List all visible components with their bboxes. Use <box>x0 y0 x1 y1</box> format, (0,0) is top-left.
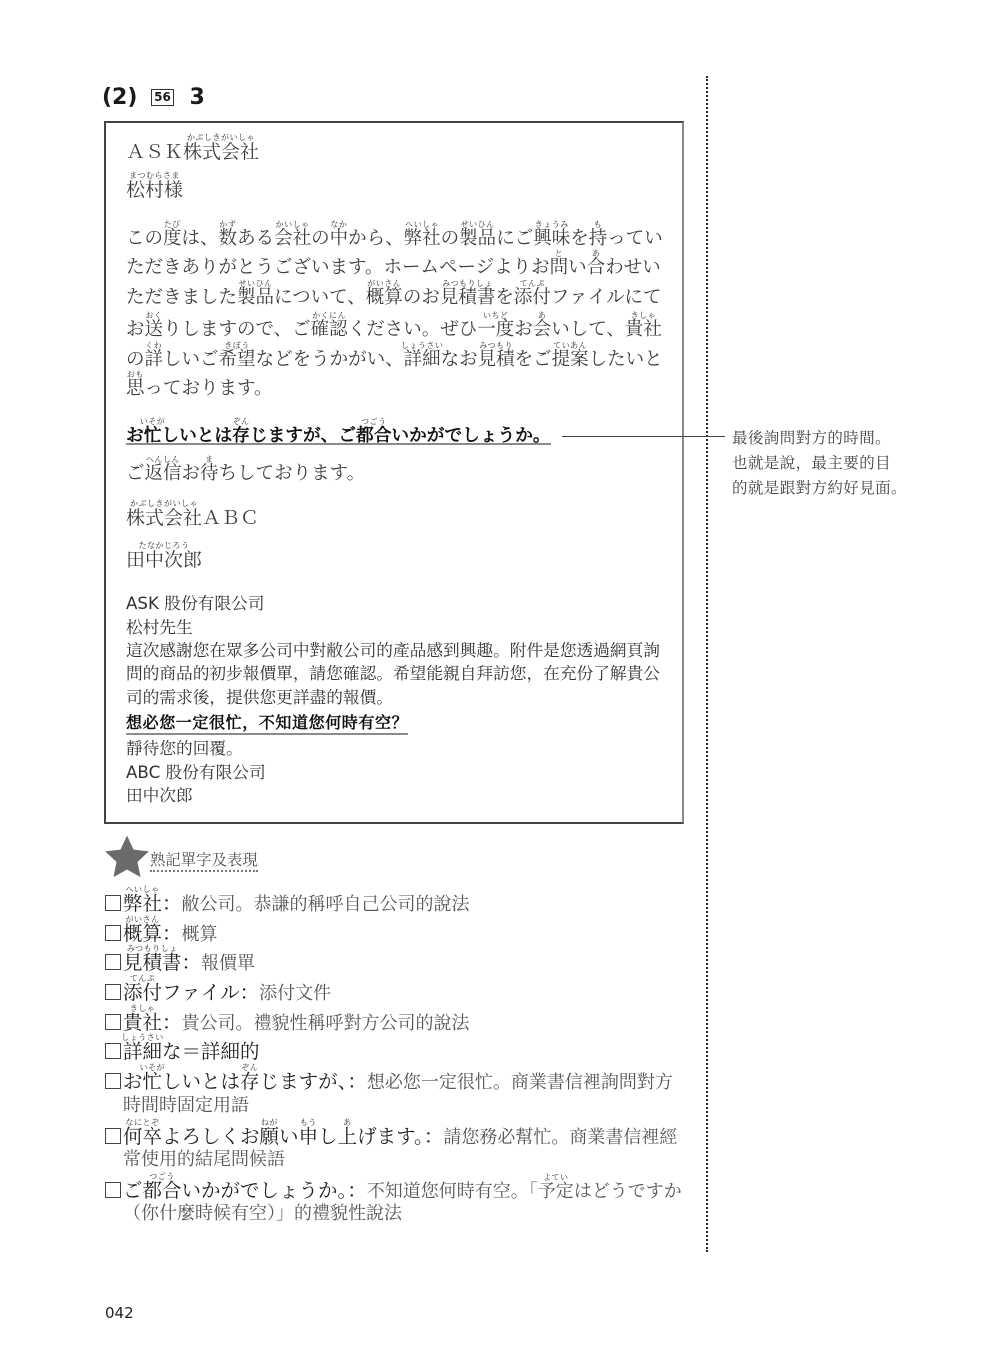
ruby-base: 度たび <box>163 227 182 251</box>
annotation-line: 最後詢問對方的時間。 <box>732 426 907 451</box>
furigana: ぞん <box>241 1064 258 1072</box>
vocab-term: 詳細しょうさいな <box>123 1040 182 1063</box>
vocab-item: 添付てんぷファイル：添付文件 <box>105 981 331 1006</box>
vocab-item: 弊社へいしゃ：敝公司。恭謙的稱呼自己公司的說法 <box>105 892 470 917</box>
ja-key-sentence: お忙いそがしいとは存ぞんじますが、ご都合つごういかがでしょうか。 <box>126 424 551 448</box>
ruby-base: 弊社へいしゃ <box>123 892 162 916</box>
ruby-base: 弊社へいしゃ <box>404 227 441 251</box>
text-run: にご <box>496 228 533 249</box>
furigana: いちど <box>483 312 509 320</box>
ruby-base: 概算がいさん <box>123 922 162 946</box>
furigana: よてい <box>543 1174 569 1182</box>
vocab-meaning-continued: 時間時固定用語 <box>123 1094 249 1118</box>
text-run: しいとは <box>162 1070 240 1093</box>
text-run: お <box>514 319 533 340</box>
vocab-item: 見積書みつもりしょ：報價單 <box>105 951 255 976</box>
text-run: 報價單 <box>201 953 255 974</box>
ruby-base: 詳細しょうさい <box>404 348 441 372</box>
vocab-meaning: 想必您一定很忙。商業書信裡詢問對方 <box>367 1072 673 1093</box>
text-run: の <box>126 349 145 370</box>
ja-closing: ご返信へんしんお待まちしております。 <box>126 462 365 486</box>
furigana: きしゃ <box>631 312 657 320</box>
furigana: たび <box>164 221 181 229</box>
text-run: いして、 <box>551 319 625 340</box>
text-run: お <box>126 319 145 340</box>
vocab-term: お忙いそがしいとは存ぞんじますが、 <box>123 1070 347 1093</box>
text-run: わせい <box>605 257 661 278</box>
ruby-base: 興味きょうみ <box>533 227 570 251</box>
text-run: よろしくお <box>162 1125 260 1148</box>
text-run: な <box>162 1040 182 1063</box>
ruby-base: 申もう <box>299 1125 319 1149</box>
text-run: ＡＢＣ <box>202 507 259 529</box>
text-run: ただきありがとうございます。ホームページよりお <box>126 257 550 278</box>
ruby-base: 見積書みつもりしょ <box>123 951 182 975</box>
furigana: ていあん <box>553 342 587 350</box>
ruby-base: 希望きぼう <box>219 348 256 372</box>
furigana: みつもりしょ <box>442 280 493 288</box>
furigana: あ <box>592 250 601 258</box>
ruby-base: 松村様まつむらさま <box>126 178 183 202</box>
ruby-base: 田中次郎たなかじろう <box>126 548 202 572</box>
vocab-meaning: 不知道您何時有空。「予定よていはどうですか <box>367 1181 682 1202</box>
ruby-base: 願ねが <box>260 1125 280 1149</box>
ruby-base: 添付てんぷ <box>514 286 551 310</box>
vocab-meaning: 敝公司。恭謙的稱呼自己公司的說法 <box>182 894 470 915</box>
furigana: きょうみ <box>535 221 569 229</box>
ja-recipient-name: 松村様まつむらさま <box>126 178 183 202</box>
text-run: はどうですか <box>574 1181 682 1202</box>
ruby-base: 合あ <box>587 256 606 280</box>
text-run: ください。ぜひ <box>348 319 478 340</box>
vocab-meaning: 詳細的 <box>201 1040 260 1063</box>
vocab-separator: ： <box>182 951 202 974</box>
ruby-base: 数かず <box>219 227 238 251</box>
answer-number: 3 <box>189 85 204 110</box>
furigana: しょうさい <box>121 1034 164 1042</box>
furigana: ねが <box>261 1119 278 1127</box>
text-run: ってい <box>607 228 663 249</box>
text-run: じますが、ご <box>250 426 356 446</box>
text-run: は、 <box>182 228 219 249</box>
text-run: お <box>123 1070 143 1093</box>
vocab-term: 概算がいさん <box>123 922 162 945</box>
vocab-meaning: 概算 <box>182 924 218 945</box>
text-run: ご <box>126 463 145 484</box>
ja-sender-name: 田中次郎たなかじろう <box>126 548 202 572</box>
text-run: ファイル <box>162 981 240 1004</box>
text-run: ファイルにて <box>551 287 662 308</box>
ruby-base: 提案ていあん <box>552 348 589 372</box>
zh-recipient-company: ASK 股份有限公司 <box>126 591 264 615</box>
ruby-base: 概算がいさん <box>366 286 403 310</box>
ruby-base: 持も <box>589 227 608 251</box>
furigana: ま <box>205 456 214 464</box>
furigana: へいしゃ <box>126 886 160 894</box>
vocab-item: お忙いそがしいとは存ぞんじますが、：想必您一定很忙。商業書信裡詢問對方 <box>105 1070 673 1095</box>
ruby-base: 思おも <box>126 377 145 401</box>
text-run: 貴公司。禮貌性稱呼對方公司的說法 <box>182 1013 470 1034</box>
ruby-base: 都合つごう <box>143 1179 182 1203</box>
furigana: かいしゃ <box>276 221 310 229</box>
ruby-base: 貴社きしゃ <box>625 318 662 342</box>
zh-body-line: 這次感謝您在眾多公司中對敝公司的產品感到興趣。附件是您透過網頁詢 <box>126 638 660 662</box>
ruby-base: 問と <box>550 256 569 280</box>
furigana: なか <box>330 221 347 229</box>
text-run: い <box>279 1125 299 1148</box>
text-run: を <box>495 287 514 308</box>
furigana: てんぷ <box>130 975 156 983</box>
ja-body-line: の詳くわしいご希望きぼうなどをうかがい、詳細しょうさいなお見積みつもりをご提案て… <box>126 348 663 372</box>
text-run: い <box>568 257 587 278</box>
text-run: しいご <box>163 349 219 370</box>
ruby-base: 確認かくにん <box>311 318 348 342</box>
furigana: も <box>594 221 603 229</box>
question-heading: (2) 56 3 <box>102 84 205 112</box>
vocab-section-title: 熟記單字及表現 <box>150 851 258 872</box>
text-run: ただきました <box>126 287 237 308</box>
text-run: 詳細的 <box>201 1040 260 1063</box>
text-run: ご <box>123 1179 143 1202</box>
zh-body-line: 司的需求後，提供您更詳盡的報價。 <box>126 685 393 709</box>
vocab-term: 添付てんぷファイル <box>123 981 240 1004</box>
ja-recipient-company: ＡＳＫ株式会社かぶしきがいしゃ <box>126 140 259 164</box>
text-run: じますが、 <box>260 1070 348 1093</box>
ja-sender-company: 株式会社かぶしきがいしゃＡＢＣ <box>126 506 259 530</box>
furigana: へんしん <box>146 456 180 464</box>
furigana: つごう <box>149 1173 175 1181</box>
vocab-term: 見積書みつもりしょ <box>123 951 182 974</box>
text-run: いかがでしょうか。 <box>391 426 550 446</box>
vocab-meaning-continued: （你什麼時候有空）」的禮貌性說法 <box>123 1202 402 1226</box>
checkbox-icon <box>105 1182 121 1198</box>
text-run: この <box>126 228 163 249</box>
text-run: 想必您一定很忙。商業書信裡詢問對方 <box>367 1072 673 1093</box>
furigana: おく <box>145 312 162 320</box>
checkbox-icon <box>105 1073 121 1089</box>
ruby-base: 会あ <box>533 318 552 342</box>
ruby-base: 詳細しょうさい <box>123 1040 162 1064</box>
furigana: へいしゃ <box>405 221 439 229</box>
vocab-term: 何卒なにとぞよろしくお願ねがい申もうし上あげます。 <box>123 1125 424 1148</box>
furigana: いそが <box>140 1064 166 1072</box>
ruby-base: 存ぞん <box>232 424 250 448</box>
zh-closing: 靜待您的回覆。 <box>126 736 243 760</box>
part-label: (2) <box>102 85 137 110</box>
furigana: もう <box>300 1119 317 1127</box>
text-run: しいとは <box>161 426 232 446</box>
checkbox-icon <box>105 925 121 941</box>
ruby-base: 何卒なにとぞ <box>123 1125 162 1149</box>
ja-body-line: お送おくりしますので、ご確認かくにんください。ぜひ一度いちどお会あいして、貴社き… <box>126 318 662 342</box>
checkbox-icon <box>105 1014 121 1030</box>
question-number-box: 56 <box>151 89 174 106</box>
text-run: いかがでしょうか。 <box>182 1179 348 1202</box>
furigana: きぼう <box>224 342 250 350</box>
furigana: くわ <box>145 342 162 350</box>
furigana: みつもりしょ <box>127 945 178 953</box>
text-run: をご <box>515 349 552 370</box>
furigana: あ <box>538 312 547 320</box>
vocab-term: 弊社へいしゃ <box>123 892 162 915</box>
text-run: 請您務必幫忙。商業書信裡經 <box>443 1127 677 1148</box>
ruby-base: 貴社きしゃ <box>123 1011 162 1035</box>
furigana: と <box>555 250 564 258</box>
ruby-base: 製品せいひん <box>459 227 496 251</box>
furigana: かぶしきがいしゃ <box>130 500 198 508</box>
text-run: 添付文件 <box>259 983 331 1004</box>
furigana: がいさん <box>126 916 160 924</box>
furigana: せいひん <box>239 280 273 288</box>
furigana: みつもり <box>479 342 513 350</box>
annotation-leader-line <box>562 436 725 437</box>
ruby-base: 待ま <box>200 462 219 486</box>
furigana: かくにん <box>312 312 346 320</box>
text-run: 不知道您何時有空。「 <box>367 1181 538 1202</box>
ruby-base: 株式会社かぶしきがいしゃ <box>183 140 259 164</box>
vocab-separator: ： <box>162 1011 182 1034</box>
ja-body-line: 思おもっております。 <box>126 377 273 401</box>
ruby-base: 返信へんしん <box>145 462 182 486</box>
furigana: たなかじろう <box>139 542 190 550</box>
vocab-separator: ： <box>162 922 182 945</box>
furigana: いそが <box>140 418 166 426</box>
vocab-meaning: 貴公司。禮貌性稱呼對方公司的說法 <box>182 1013 470 1034</box>
vocab-item: 何卒なにとぞよろしくお願ねがい申もうし上あげます。：請您務必幫忙。商業書信裡經 <box>105 1125 677 1150</box>
text-run: りしますので、ご <box>163 319 311 340</box>
vocab-separator: ： <box>347 1179 367 1202</box>
text-run: の <box>311 228 330 249</box>
furigana: まつむらさま <box>129 172 180 180</box>
vocab-term: ご都合つごういかがでしょうか。 <box>123 1179 347 1202</box>
checkbox-icon <box>105 1043 121 1059</box>
checkbox-icon <box>105 895 121 911</box>
ruby-base: 送おく <box>145 318 164 342</box>
ruby-base: 都合つごう <box>356 424 391 448</box>
checkbox-icon <box>105 1128 121 1144</box>
text-run: 敝公司。恭謙的稱呼自己公司的說法 <box>182 894 470 915</box>
furigana: ぞん <box>233 418 250 426</box>
ruby-base: 一度いちど <box>477 318 514 342</box>
zh-sender-name: 田中次郎 <box>126 783 193 807</box>
ruby-base: 見積書みつもりしょ <box>440 286 496 310</box>
ruby-base: 株式会社かぶしきがいしゃ <box>126 506 202 530</box>
vocab-meaning: 報價單 <box>201 953 255 974</box>
star-icon <box>104 835 150 879</box>
vocab-separator: ： <box>240 981 260 1004</box>
ruby-base: 中なか <box>330 227 349 251</box>
text-run: などをうかがい、 <box>256 349 404 370</box>
annotation-line: 也就是說，最主要的目 <box>732 451 907 476</box>
ruby-base: 添付てんぷ <box>123 981 162 1005</box>
zh-key-sentence: 想必您一定很忙，不知道您何時有空？ <box>126 711 408 735</box>
text-run: 概算 <box>182 924 218 945</box>
zh-body-line: 問的商品的初步報價單，請您確認。希望能親自拜訪您，在充份了解貴公 <box>126 661 660 685</box>
ruby-base: 存ぞん <box>240 1070 260 1094</box>
text-run: ちしております。 <box>219 463 366 484</box>
ja-body-line: ただきありがとうございます。ホームページよりお問とい合あわせい <box>126 256 661 280</box>
furigana: かぶしきがいしゃ <box>187 134 255 142</box>
furigana: がいさん <box>367 280 401 288</box>
vocab-separator: ： <box>424 1125 444 1148</box>
margin-annotation: 最後詢問對方的時間。 也就是說，最主要的目 的就是跟對方約好見面。 <box>732 426 907 501</box>
furigana: きしゃ <box>130 1005 156 1013</box>
vocab-term: 貴社きしゃ <box>123 1011 162 1034</box>
vocab-meaning: 請您務必幫忙。商業書信裡經 <box>443 1127 677 1148</box>
vocab-separator: ＝ <box>182 1040 202 1063</box>
ruby-base: 詳くわ <box>145 348 164 372</box>
text-run: について、 <box>274 287 366 308</box>
vocab-item: 詳細しょうさいな＝詳細的 <box>105 1040 260 1064</box>
ja-body-line: ただきました製品せいひんについて、概算がいさんのお見積書みつもりしょを添付てんぷ… <box>126 286 662 310</box>
furigana: つごう <box>361 418 387 426</box>
text-run: お <box>126 426 144 446</box>
furigana: てんぷ <box>520 280 546 288</box>
vocab-separator: ： <box>347 1070 367 1093</box>
text-run: から、 <box>348 228 404 249</box>
checkbox-icon <box>105 954 121 970</box>
text-run: し <box>318 1125 338 1148</box>
vocab-meaning-continued: 常使用的結尾問候語 <box>123 1148 285 1172</box>
ruby-base: 上あ <box>338 1125 358 1149</box>
vocab-separator: ： <box>162 892 182 915</box>
text-run: ＡＳＫ <box>126 141 183 163</box>
margin-dotted-divider <box>706 76 708 1252</box>
text-run: お <box>182 463 201 484</box>
ruby-base: 製品せいひん <box>237 286 274 310</box>
annotation-line: 的就是跟對方約好見面。 <box>732 476 907 501</box>
text-run: っております。 <box>145 378 273 399</box>
page-number: 042 <box>105 1304 134 1322</box>
zh-sender-company: ABC 股份有限公司 <box>126 760 266 784</box>
text-run: ある <box>237 228 274 249</box>
text-run: したいと <box>589 349 663 370</box>
ruby-base: 忙いそが <box>143 1070 163 1094</box>
zh-recipient-name: 松村先生 <box>126 615 193 639</box>
furigana: あ <box>343 1119 352 1127</box>
book-page: (2) 56 3 ＡＳＫ株式会社かぶしきがいしゃ 松村様まつむらさま この度たび… <box>0 0 1000 1368</box>
text-run: げます。 <box>357 1125 424 1148</box>
furigana: せいひん <box>461 221 495 229</box>
furigana: おも <box>127 371 144 379</box>
ruby-base: 忙いそが <box>144 424 162 448</box>
text-run: なお <box>441 349 478 370</box>
ruby-base: 予定よてい <box>538 1180 574 1204</box>
furigana: なにとぞ <box>126 1119 160 1127</box>
furigana: かず <box>219 221 236 229</box>
checkbox-icon <box>105 984 121 1000</box>
furigana: しょうさい <box>401 342 444 350</box>
ruby-base: 会社かいしゃ <box>274 227 311 251</box>
text-run: の <box>441 228 460 249</box>
vocab-item: ご都合つごういかがでしょうか。：不知道您何時有空。「予定よていはどうですか <box>105 1179 682 1204</box>
ruby-base: 見積みつもり <box>478 348 515 372</box>
text-run: を <box>570 228 589 249</box>
ja-body-line: この度たびは、数かずある会社かいしゃの中なかから、弊社へいしゃの製品せいひんにご… <box>126 227 663 251</box>
text-run: のお <box>403 287 440 308</box>
vocab-meaning: 添付文件 <box>259 983 331 1004</box>
